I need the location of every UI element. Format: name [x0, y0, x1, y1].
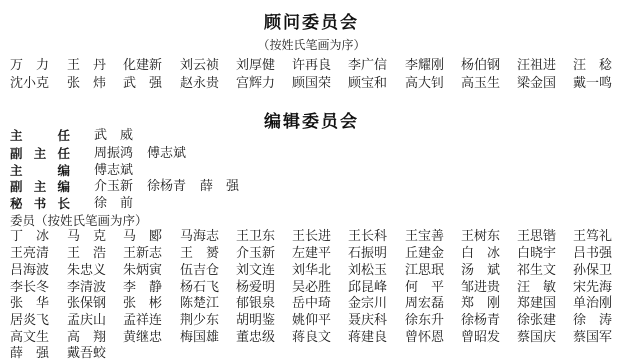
person-name: 武 威	[94, 128, 133, 143]
person-name: 汪 稔	[573, 57, 612, 74]
person-name: 顾宝和	[348, 75, 387, 92]
person-name: 白 冰	[461, 245, 500, 262]
person-name: 伍吉仓	[180, 262, 219, 279]
person-name: 介玉新	[94, 179, 133, 194]
person-name: 王树东	[461, 228, 500, 245]
person-name: 周宏磊	[405, 295, 444, 312]
person-name: 万 力	[10, 57, 49, 74]
person-name: 武 强	[123, 75, 162, 92]
person-name: 丘建金	[405, 245, 444, 262]
person-name: 徐东升	[405, 312, 444, 329]
person-name: 马 克	[67, 228, 106, 245]
person-name: 郁银泉	[236, 295, 275, 312]
name-row: 张 华张保钢张 彬陈楚江郁银泉岳中琦金宗川周宏磊郑 刚郑建国单治刚	[10, 295, 620, 312]
person-name: 刘华北	[292, 262, 331, 279]
advisory-committee-subtitle: （按姓氏笔画为序）	[0, 36, 623, 53]
name-row: 丁 冰马 克马 郾马海志王卫东王长进王长科王宝善王树东王思锴王笃礼	[10, 228, 620, 245]
role-names: 介玉新徐杨青薛 强	[94, 178, 253, 195]
person-name: 蒋良文	[292, 329, 331, 346]
person-name: 赵永贵	[180, 75, 219, 92]
person-name: 王新志	[123, 245, 162, 262]
advisory-committee-title: 顾问委员会	[0, 8, 623, 33]
person-name: 郑建国	[517, 295, 556, 312]
name-row: 李长冬李清波李 静杨石飞杨爱明吴必胜邱昆峰何 平邹进贵汪 敏宋先海	[10, 279, 620, 296]
person-name: 吴必胜	[292, 279, 331, 296]
person-name: 宫辉力	[236, 75, 275, 92]
person-name: 郑 刚	[461, 295, 500, 312]
person-name: 许再良	[292, 57, 331, 74]
role-label: 主编	[10, 162, 70, 179]
person-name: 李 静	[123, 279, 162, 296]
person-name: 岳中琦	[292, 295, 331, 312]
person-name: 戴一鸣	[573, 75, 612, 92]
person-name: 刘云祯	[180, 57, 219, 74]
person-name: 李清波	[67, 279, 106, 296]
name-row: 高文生高 翔黄继忠梅国雄董忠级蒋良文蒋建良曾怀恩曾昭发蔡国庆蔡国军	[10, 329, 620, 346]
person-name: 王 浩	[67, 245, 106, 262]
person-name: 徐杨青	[461, 312, 500, 329]
person-name: 朱忠义	[67, 262, 106, 279]
person-name: 蔡国庆	[517, 329, 556, 346]
person-name: 邱昆峰	[348, 279, 387, 296]
person-name: 沈小克	[10, 75, 49, 92]
person-name: 汪祖进	[517, 57, 556, 74]
person-name: 王 丹	[67, 57, 106, 74]
person-name: 徐张建	[517, 312, 556, 329]
person-name: 单治刚	[573, 295, 612, 312]
person-name: 孟祥连	[123, 312, 162, 329]
role-label: 主任	[10, 127, 70, 144]
person-name: 王思锴	[517, 228, 556, 245]
person-name: 朱炳寅	[123, 262, 162, 279]
person-name: 王宝善	[405, 228, 444, 245]
person-name: 石振明	[348, 245, 387, 262]
person-name: 江思珉	[405, 262, 444, 279]
person-name: 高玉生	[461, 75, 500, 92]
person-name: 汪 敏	[517, 279, 556, 296]
person-name: 张 华	[10, 295, 49, 312]
person-name: 汤 斌	[461, 262, 500, 279]
name-row: 居炎飞孟庆山孟祥连荆少东胡明鉴姚仰平聂庆科徐东升徐杨青徐张建徐 涛	[10, 312, 620, 329]
person-name: 杨伯钢	[461, 57, 500, 74]
person-name: 刘松玉	[348, 262, 387, 279]
person-name: 马 郾	[123, 228, 162, 245]
person-name: 王笃礼	[573, 228, 612, 245]
person-name: 傅志斌	[147, 146, 186, 161]
person-name: 丁 冰	[10, 228, 49, 245]
person-name: 傅志斌	[94, 163, 133, 178]
person-name: 张 炜	[67, 75, 106, 92]
person-name: 薛 强	[200, 179, 239, 194]
person-name: 曾怀恩	[405, 329, 444, 346]
person-name: 周振鸿	[94, 146, 133, 161]
person-name: 张保钢	[67, 295, 106, 312]
person-name: 金宗川	[348, 295, 387, 312]
person-name: 杨石飞	[180, 279, 219, 296]
members-label: 委员（按姓氏笔画为序）	[10, 211, 148, 229]
person-name: 刘厚健	[236, 57, 275, 74]
person-name: 梅国雄	[180, 329, 219, 346]
person-name: 蔡国军	[573, 329, 612, 346]
name-row: 吕海波朱忠义朱炳寅伍吉仓刘文连刘华北刘松玉江思珉汤 斌祁生文孙保卫	[10, 262, 620, 279]
person-name: 白晓宇	[517, 245, 556, 262]
person-name: 王 赟	[180, 245, 219, 262]
person-name: 顾国荣	[292, 75, 331, 92]
person-name: 马海志	[180, 228, 219, 245]
person-name: 徐 涛	[573, 312, 612, 329]
role-label: 秘书长	[10, 195, 70, 212]
person-name: 荆少东	[180, 312, 219, 329]
person-name: 介玉新	[236, 245, 275, 262]
name-row: 万 力王 丹化建新刘云祯刘厚健许再良李广信李耀刚杨伯钢汪祖进汪 稔	[10, 57, 620, 74]
person-name: 薛 强	[10, 345, 49, 362]
name-row: 沈小克张 炜武 强赵永贵宫辉力顾国荣顾宝和高大钊高玉生梁金国戴一鸣	[10, 75, 620, 92]
person-name: 李广信	[348, 57, 387, 74]
person-name: 化建新	[123, 57, 162, 74]
person-name: 陈楚江	[180, 295, 219, 312]
person-name: 曾昭发	[461, 329, 500, 346]
person-name: 高文生	[10, 329, 49, 346]
person-name: 邹进贵	[461, 279, 500, 296]
person-name: 徐 前	[94, 196, 133, 211]
person-name: 吕海波	[10, 262, 49, 279]
person-name: 徐杨青	[147, 179, 186, 194]
person-name: 李长冬	[10, 279, 49, 296]
role-label: 副主编	[10, 178, 70, 195]
role-label: 副主任	[10, 145, 70, 162]
person-name: 高 翔	[67, 329, 106, 346]
role-names: 武 威	[94, 127, 147, 144]
person-name: 李耀刚	[405, 57, 444, 74]
person-name: 胡明鉴	[236, 312, 275, 329]
person-name: 梁金国	[517, 75, 556, 92]
person-name: 高大钊	[405, 75, 444, 92]
person-name: 蒋建良	[348, 329, 387, 346]
person-name: 宋先海	[573, 279, 612, 296]
person-name: 杨爱明	[236, 279, 275, 296]
person-name: 王亮清	[10, 245, 49, 262]
person-name: 董忠级	[236, 329, 275, 346]
person-name: 孟庆山	[67, 312, 106, 329]
person-name: 王长科	[348, 228, 387, 245]
person-name: 刘文连	[236, 262, 275, 279]
person-name: 左建平	[292, 245, 331, 262]
person-name: 居炎飞	[10, 312, 49, 329]
role-names: 傅志斌	[94, 162, 147, 179]
person-name: 祁生文	[517, 262, 556, 279]
person-name: 戴吾蛟	[67, 345, 106, 362]
name-row: 薛 强戴吾蛟	[10, 345, 620, 362]
person-name: 孙保卫	[573, 262, 612, 279]
person-name: 姚仰平	[292, 312, 331, 329]
person-name: 王卫东	[236, 228, 275, 245]
person-name: 吕书强	[573, 245, 612, 262]
role-names: 周振鸿傅志斌	[94, 145, 200, 162]
name-row: 王亮清王 浩王新志王 赟介玉新左建平石振明丘建金白 冰白晓宇吕书强	[10, 245, 620, 262]
person-name: 聂庆科	[348, 312, 387, 329]
role-names: 徐 前	[94, 195, 147, 212]
person-name: 张 彬	[123, 295, 162, 312]
person-name: 何 平	[405, 279, 444, 296]
person-name: 黄继忠	[123, 329, 162, 346]
person-name: 王长进	[292, 228, 331, 245]
